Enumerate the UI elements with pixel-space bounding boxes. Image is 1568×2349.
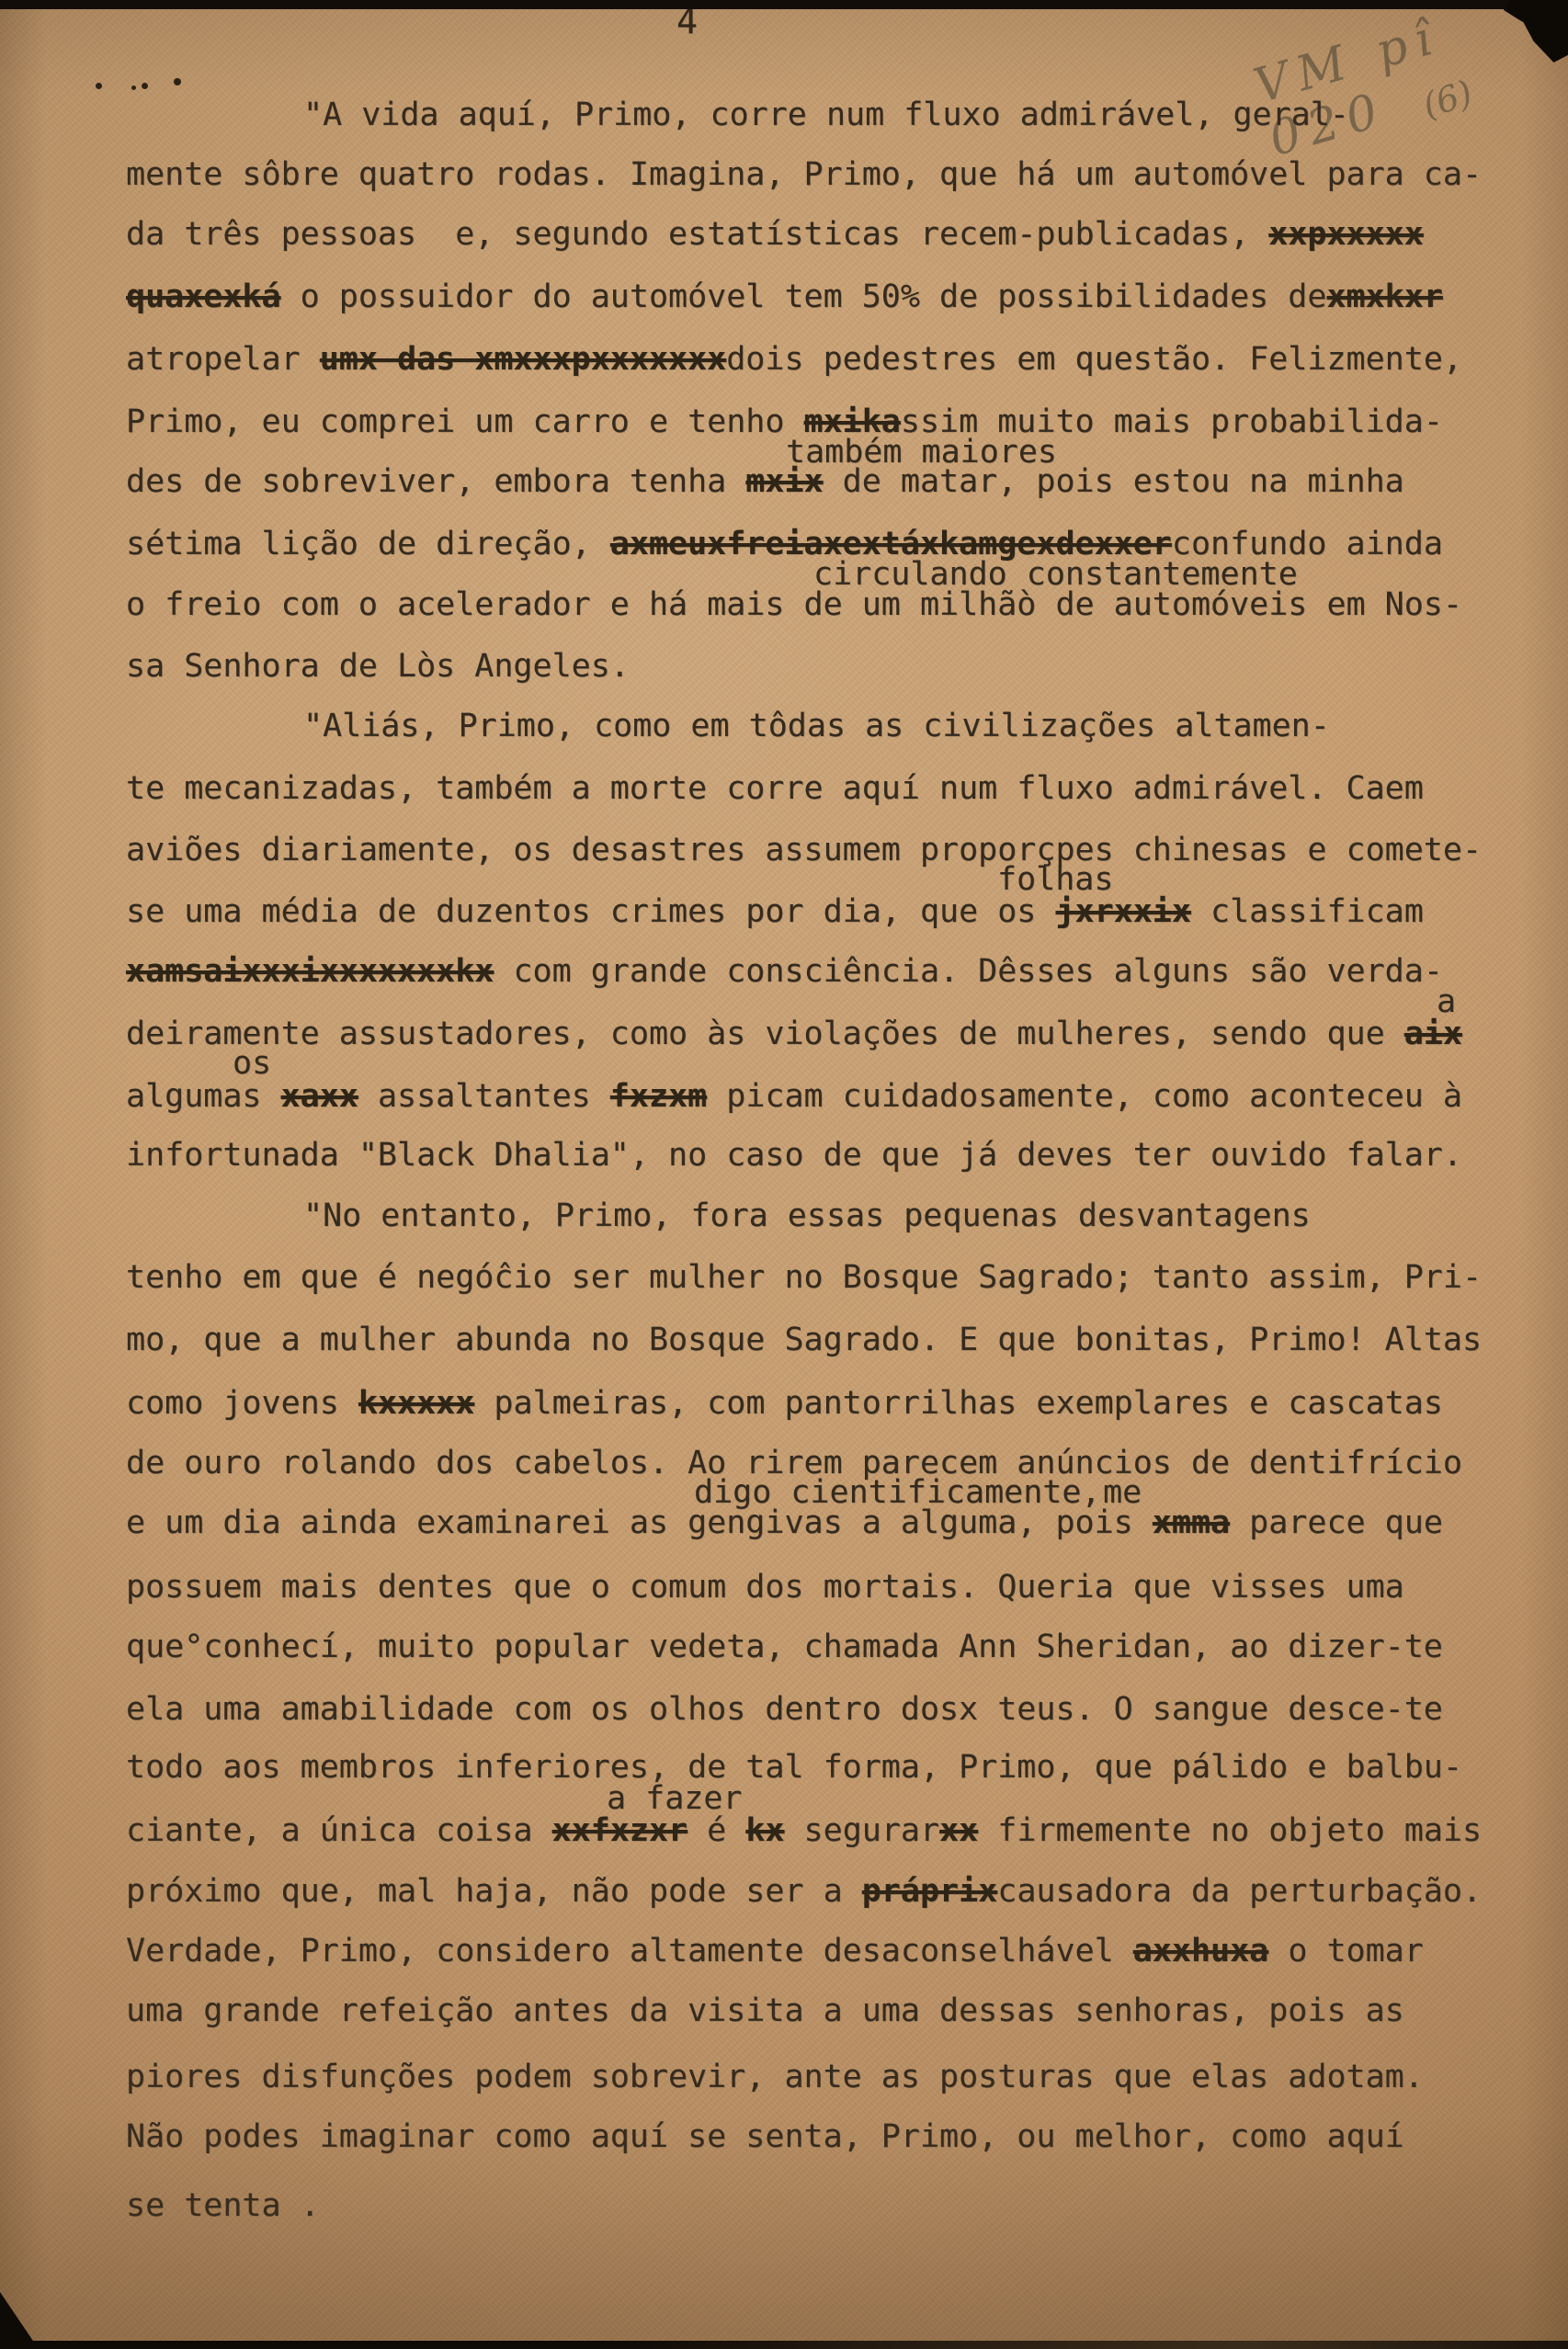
- text-run: classificam: [1191, 893, 1424, 930]
- text-run: Verdade, Primo, considero altamente desa…: [126, 1933, 1133, 1969]
- typewritten-line: aviões diariamente, os desastres assumem…: [126, 829, 1482, 871]
- typewritten-line: atropelar umx das xmxxxpxxxxxxxdois pede…: [126, 338, 1462, 380]
- typewritten-line: Primo, eu comprei um carro e tenho mxika…: [126, 401, 1443, 443]
- struck-overtyped-text: axxhuxa: [1133, 1933, 1269, 1969]
- text-run: assaltantes: [358, 1078, 610, 1115]
- text-run: uma grande refeição antes da visita a um…: [126, 1992, 1404, 2029]
- text-run: dois pedestres em questão. Felizmente,: [726, 341, 1462, 378]
- struck-overtyped-text: práprix: [862, 1873, 998, 1910]
- text-run: segurar: [784, 1812, 939, 1849]
- typewritten-line: uma grande refeição antes da visita a um…: [126, 1990, 1404, 2032]
- text-run: o tomar: [1268, 1933, 1424, 1969]
- ink-dot: [142, 83, 148, 89]
- text-run: picam cuidadosamente, como aconteceu à: [707, 1078, 1462, 1115]
- text-run: possuem mais dentes que o comum dos mort…: [126, 1569, 1404, 1606]
- text-run: próximo que, mal haja, não pode ser a: [126, 1873, 862, 1910]
- struck-overtyped-text: quaxexká: [126, 278, 281, 315]
- typewritten-line: todo aos membros inferiores, de tal form…: [126, 1746, 1462, 1788]
- text-run: sa Senhora de Lòs Angeles.: [126, 648, 630, 685]
- text-run: "No entanto, Primo, fora essas pequenas …: [303, 1197, 1311, 1234]
- struck-overtyped-text: xaxx: [281, 1078, 358, 1115]
- typewritten-line: possuem mais dentes que o comum dos mort…: [126, 1566, 1404, 1608]
- typewritten-line: mente sôbre quatro rodas. Imagina, Primo…: [126, 153, 1482, 196]
- text-run: palmeiras, com pantorrilhas exemplares e…: [474, 1385, 1443, 1422]
- struck-overtyped-text: xxfxzxr: [552, 1812, 688, 1849]
- text-run: com grande consciência. Dêsses alguns sã…: [494, 953, 1443, 990]
- typewritten-line: xamsaixxxixxxxxxxkx com grande consciênc…: [126, 950, 1443, 993]
- text-run: des de sobreviver, embora tenha: [126, 463, 745, 500]
- text-run: tenho em que é negóĉio ser mulher no Bos…: [126, 1259, 1482, 1296]
- typewritten-line: te mecanizadas, também a morte corre aqu…: [126, 767, 1424, 810]
- text-run: ela uma amabilidade com os olhos dentro …: [126, 1691, 1443, 1728]
- typewritten-line: mo, que a mulher abunda no Bosque Sagrad…: [126, 1319, 1482, 1361]
- typewritten-line: tenho em que é negóĉio ser mulher no Bos…: [126, 1256, 1482, 1299]
- text-run: de matar, pois estou na minha: [824, 463, 1404, 500]
- typewritten-line: infortunada "Black Dhalia", no caso de q…: [126, 1134, 1462, 1176]
- text-run: "A vida aquí, Primo, corre num fluxo adm…: [303, 96, 1349, 133]
- text-run: deiramente assustadores, como às violaçõ…: [126, 1016, 1404, 1052]
- text-run: piores disfunções podem sobrevir, ante a…: [126, 2059, 1424, 2095]
- text-run: aviões diariamente, os desastres assumem…: [126, 832, 1482, 868]
- text-run: que°conhecí, muito popular vedeta, chama…: [126, 1628, 1443, 1665]
- typewritten-line: Não podes imaginar como aquí se senta, P…: [126, 2116, 1404, 2158]
- typewritten-line: "No entanto, Primo, fora essas pequenas …: [303, 1195, 1311, 1237]
- text-run: "Aliás, Primo, como em tôdas as civiliza…: [303, 708, 1330, 744]
- typewritten-line: o freio com o acelerador e há mais de um…: [126, 584, 1462, 626]
- struck-overtyped-text: kxxxxx: [358, 1385, 474, 1422]
- text-run: é: [687, 1812, 745, 1849]
- typewritten-line: Verdade, Primo, considero altamente desa…: [126, 1930, 1424, 1972]
- struck-overtyped-text: xmxxxpxxxxxxx: [474, 341, 726, 378]
- text-run: firmemente no objeto mais: [978, 1812, 1482, 1849]
- ink-dot: [131, 85, 136, 90]
- typewritten-line: se uma média de duzentos crimes por dia,…: [126, 891, 1424, 933]
- text-run: te mecanizadas, também a morte corre aqu…: [126, 770, 1424, 807]
- typewritten-line: próximo que, mal haja, não pode ser a pr…: [126, 1870, 1482, 1912]
- text-run: mente sôbre quatro rodas. Imagina, Primo…: [126, 156, 1482, 193]
- pencil-annotation-sub: (6): [1418, 73, 1478, 126]
- typewritten-line: se tenta .: [126, 2184, 320, 2227]
- text-run: da três pessoas e, segundo estatísticas …: [126, 216, 1268, 253]
- typewritten-line: deiramente assustadores, como às violaçõ…: [126, 1013, 1462, 1055]
- text-run: Não podes imaginar como aquí se senta, P…: [126, 2118, 1404, 2155]
- text-run: o freio com o acelerador e há mais de um…: [126, 586, 1462, 623]
- typewritten-line: como jovens kxxxxx palmeiras, com pantor…: [126, 1382, 1443, 1424]
- struck-overtyped-text: kx: [745, 1812, 784, 1849]
- struck-overtyped-text: xx: [939, 1812, 978, 1849]
- text-run: ciante, a única coisa: [126, 1812, 552, 1849]
- typewritten-line: que°conhecí, muito popular vedeta, chama…: [126, 1626, 1443, 1668]
- scan-edge-bottom: [0, 2341, 1568, 2349]
- text-run: algumas: [126, 1078, 281, 1115]
- text-run: o possuidor do automóvel tem 50% de poss…: [281, 278, 1327, 315]
- typewritten-line: ciante, a única coisa xxfxzxr é kx segur…: [126, 1810, 1482, 1852]
- struck-overtyped-text: xmma: [1153, 1504, 1230, 1541]
- typewritten-line: ela uma amabilidade com os olhos dentro …: [126, 1688, 1443, 1731]
- text-run: e um dia ainda examinarei as gengivas a …: [126, 1504, 1153, 1541]
- typewritten-line: piores disfunções podem sobrevir, ante a…: [126, 2056, 1424, 2098]
- struck-overtyped-text: xxpxxxxx: [1268, 216, 1424, 253]
- struck-overtyped-text: jxrxxix: [1055, 893, 1191, 930]
- struck-overtyped-text: umx das: [320, 341, 475, 378]
- text-run: parece que: [1230, 1504, 1443, 1541]
- text-run: causadora da perturbação.: [997, 1873, 1482, 1910]
- typewritten-line: "A vida aquí, Primo, corre num fluxo adm…: [303, 94, 1349, 136]
- text-run: atropelar: [126, 341, 320, 378]
- struck-overtyped-text: xamsaixxxixxxxxxxkx: [126, 953, 494, 990]
- scan-edge-top: [0, 0, 1568, 9]
- typewritten-line: algumas xaxx assaltantes fxzxm picam cui…: [126, 1075, 1462, 1118]
- ink-dot: [96, 83, 102, 89]
- text-run: se tenta .: [126, 2187, 320, 2224]
- text-run: se uma média de duzentos crimes por dia,…: [126, 893, 1055, 930]
- struck-overtyped-text: fxzxm: [610, 1078, 707, 1115]
- typewritten-line: "Aliás, Primo, como em tôdas as civiliza…: [303, 705, 1330, 747]
- text-run: Primo, eu comprei um carro e tenho: [126, 403, 804, 440]
- pencil-annotation: VM pî 020: [1248, 0, 1568, 167]
- typewritten-line: sa Senhora de Lòs Angeles.: [126, 645, 630, 687]
- struck-overtyped-text: xmxkxr: [1326, 278, 1442, 315]
- torn-corner-mark: [1496, 0, 1568, 62]
- text-run: mo, que a mulher abunda no Bosque Sagrad…: [126, 1322, 1482, 1358]
- typewritten-line: e um dia ainda examinarei as gengivas a …: [126, 1502, 1443, 1544]
- typewritten-line: des de sobreviver, embora tenha mxix de …: [126, 460, 1404, 503]
- text-run: todo aos membros inferiores, de tal form…: [126, 1749, 1462, 1786]
- struck-overtyped-text: mxix: [745, 463, 823, 500]
- scanned-typewritten-page: 4 VM pî 020 (6) "A vida aquí, Primo, cor…: [0, 0, 1568, 2349]
- typewritten-line: quaxexká o possuidor do automóvel tem 50…: [126, 276, 1443, 318]
- text-run: como jovens: [126, 1385, 358, 1422]
- text-run: sétima lição de direção,: [126, 526, 610, 562]
- struck-overtyped-text: aix: [1404, 1016, 1462, 1052]
- text-run: infortunada "Black Dhalia", no caso de q…: [126, 1137, 1462, 1174]
- ink-dot: [174, 78, 181, 85]
- typewritten-line: da três pessoas e, segundo estatísticas …: [126, 213, 1424, 255]
